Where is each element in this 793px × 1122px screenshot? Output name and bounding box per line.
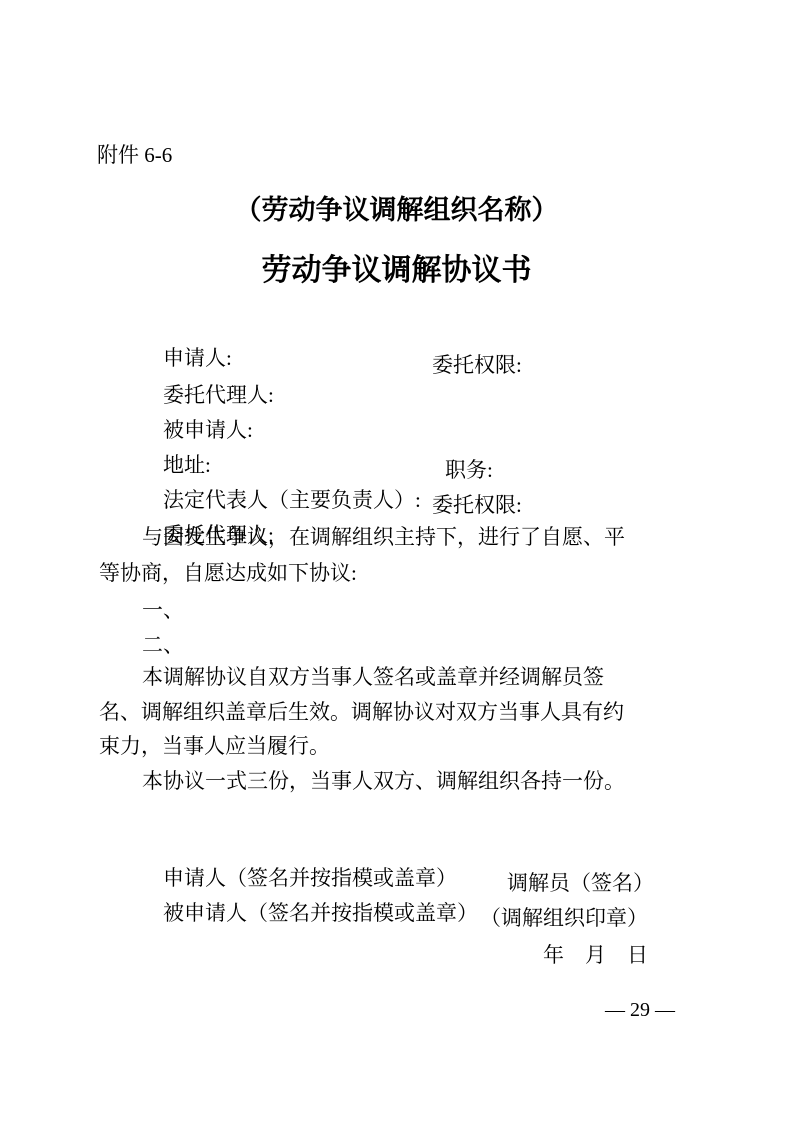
agreement-item-1: 一、 [99, 595, 782, 625]
agreement-item-2: 二、 [99, 630, 782, 660]
doc-title-org-name: （劳动争议调解组织名称） [0, 191, 793, 229]
date-line: 年 月 日 [99, 940, 793, 970]
body-paragraph-1-line-2: 等协商，自愿达成如下协议: [99, 558, 739, 588]
page-number: — 29 — [605, 995, 675, 1025]
authority-label-2: 委托权限: [432, 490, 522, 520]
body-paragraph-1-line-1: 与因发生争议，在调解组织主持下，进行了自愿、平 [99, 522, 782, 552]
document-page: 附件 6-6 （劳动争议调解组织名称） 劳动争议调解协议书 申请人: 委托代理人… [0, 0, 793, 1122]
body-paragraph-2-line-2: 名、调解组织盖章后生效。调解协议对双方当事人具有约 [99, 697, 739, 727]
form-line-legal-rep: 法定代表人（主要负责人）: 职务: [99, 455, 739, 485]
body-paragraph-2-line-3: 束力，当事人应当履行。 [99, 731, 739, 761]
attachment-label: 附件 6-6 [97, 141, 172, 169]
body-paragraph-2-line-1: 本调解协议自双方当事人签名或盖章并经调解员签 [99, 662, 782, 692]
form-line-applicant: 申请人: [99, 313, 782, 343]
mediator-sign-label: 调解员（签名） [507, 868, 654, 898]
form-line-agent-2: 委托代理人: 委托权限: [99, 490, 739, 520]
authority-label-1: 委托权限: [432, 350, 522, 380]
doc-title: 劳动争议调解协议书 [0, 251, 793, 291]
form-line-address: 地址: [99, 420, 782, 450]
position-label: 职务: [445, 455, 493, 485]
form-line-agent-1: 委托代理人: 委托权限: [99, 350, 739, 380]
signature-line-applicant: 申请人（签名并按指模或盖章） [99, 833, 782, 863]
org-seal-label: （调解组织印章） [99, 903, 793, 933]
signature-line-respondent: 被申请人（签名并按指模或盖章） 调解员（签名） [99, 868, 739, 898]
form-line-respondent: 被申请人: [99, 385, 782, 415]
body-paragraph-3: 本协议一式三份，当事人双方、调解组织各持一份。 [99, 766, 782, 796]
